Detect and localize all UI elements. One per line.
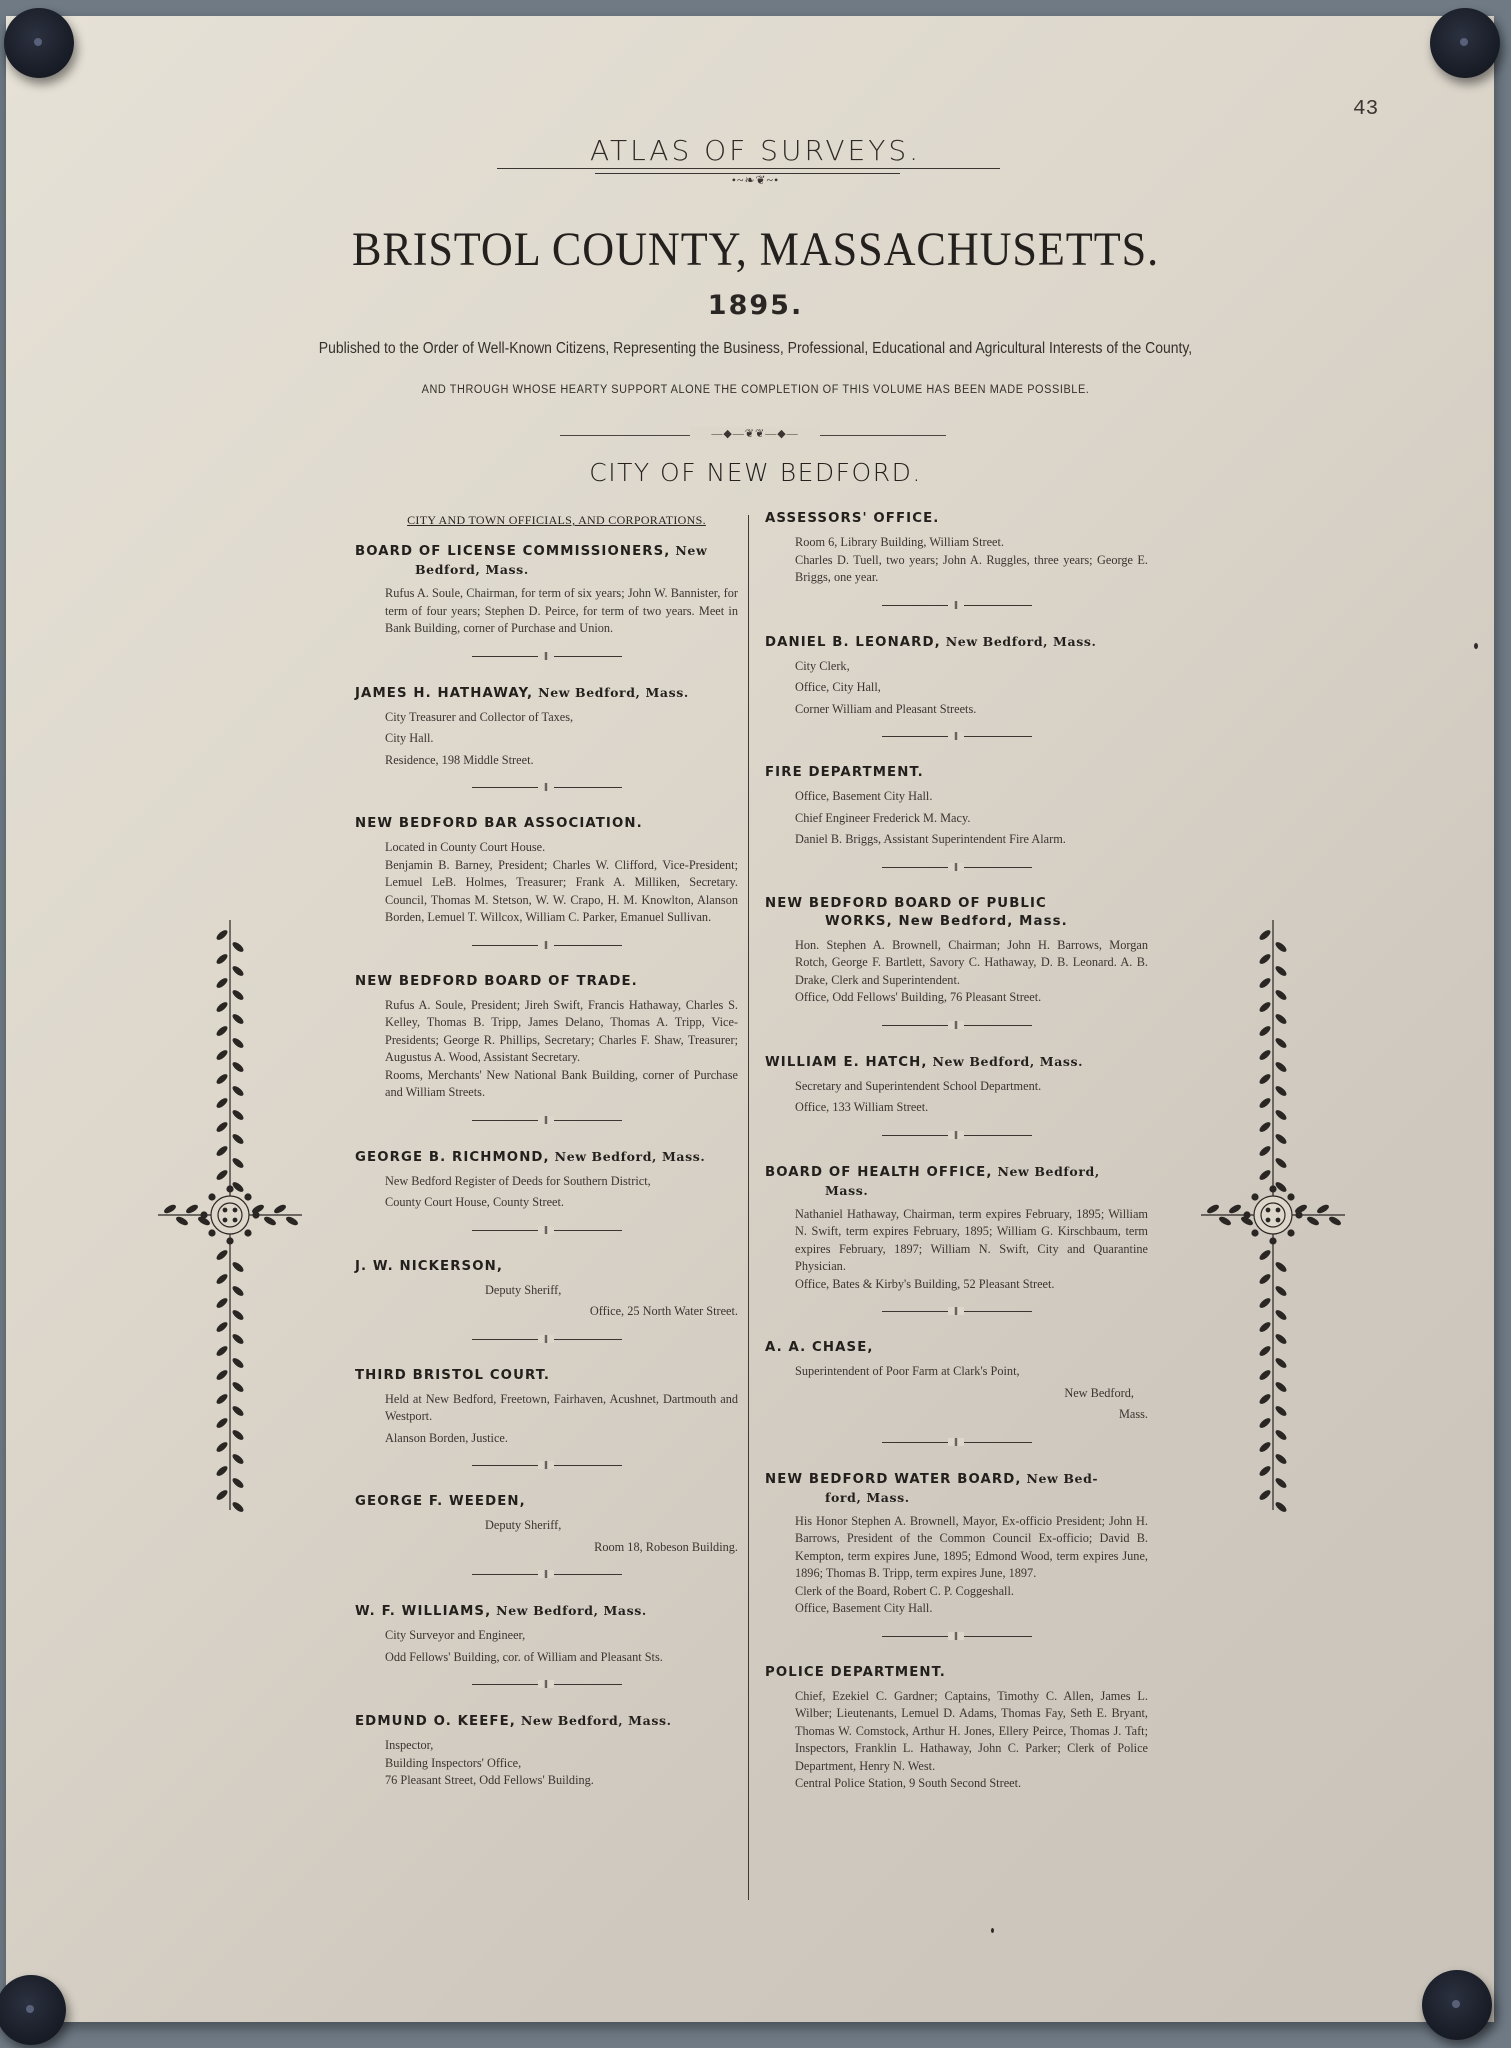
entry-board-of-health: BOARD OF HEALTH OFFICE, New Bedford,Mass…	[765, 1163, 1148, 1294]
entry-body: Rufus A. Soule, Chairman, for term of si…	[355, 585, 738, 638]
entry-title: EDMUND O. KEEFE, New Bedford, Mass.	[355, 1712, 738, 1731]
pushpin-bottom-left	[0, 1975, 66, 2045]
divider-ornament-icon: ||||	[882, 1438, 1032, 1446]
entry-title: ASSESSORS' OFFICE.	[765, 510, 1148, 528]
entry-body: Located in County Court House. Benjamin …	[355, 839, 738, 927]
entry-title: NEW BEDFORD BOARD OF TRADE.	[355, 973, 738, 991]
floral-vine-ornament-icon-left	[150, 915, 310, 1515]
entry-body: City Treasurer and Collector of Taxes, C…	[355, 709, 738, 770]
entry-william-hatch: WILLIAM E. HATCH, New Bedford, Mass. Sec…	[765, 1053, 1148, 1117]
county-title: BRISTOL COUNTY, MASSACHUSETTS.	[60, 222, 1450, 277]
entry-body: Room 6, Library Building, William Street…	[765, 534, 1148, 587]
entry-body: Chief, Ezekiel C. Gardner; Captains, Tim…	[765, 1688, 1148, 1793]
entry-body: Office, Basement City Hall. Chief Engine…	[765, 788, 1148, 849]
column-divider	[748, 515, 749, 1900]
divider-ornament-icon: ||||	[882, 1307, 1032, 1315]
entry-body: City Surveyor and Engineer, Odd Fellows'…	[355, 1627, 738, 1666]
section-header: CITY AND TOWN OFFICIALS, AND CORPORATION…	[375, 513, 738, 528]
entry-third-bristol-court: THIRD BRISTOL COURT. Held at New Bedford…	[355, 1367, 738, 1448]
entry-title: THIRD BRISTOL COURT.	[355, 1367, 738, 1385]
entry-body: City Clerk, Office, City Hall, Corner Wi…	[765, 658, 1148, 719]
series-title: ATLAS OF SURVEYS.	[0, 134, 1511, 167]
entry-assessors-office: ASSESSORS' OFFICE. Room 6, Library Build…	[765, 510, 1148, 587]
divider-ornament-icon: ||||	[882, 1632, 1032, 1640]
entry-edmund-keefe: EDMUND O. KEEFE, New Bedford, Mass. Insp…	[355, 1712, 738, 1790]
entry-board-of-trade: NEW BEDFORD BOARD OF TRADE. Rufus A. Sou…	[355, 973, 738, 1102]
entry-daniel-leonard: DANIEL B. LEONARD, New Bedford, Mass. Ci…	[765, 633, 1148, 719]
divider-ornament-icon: ||||	[472, 783, 622, 791]
support-line: AND THROUGH WHOSE HEARTY SUPPORT ALONE T…	[38, 384, 1473, 396]
entry-bar-association: NEW BEDFORD BAR ASSOCIATION. Located in …	[355, 815, 738, 927]
entry-george-weeden: GEORGE F. WEEDEN, Deputy Sheriff, Room 1…	[355, 1493, 738, 1556]
floral-vine-ornament-icon-right	[1193, 915, 1353, 1515]
paper-speck	[1474, 643, 1478, 649]
entry-water-board: NEW BEDFORD WATER BOARD, New Bed-ford, M…	[765, 1470, 1148, 1618]
entry-title: JAMES H. HATHAWAY, New Bedford, Mass.	[355, 684, 738, 703]
section-ornament-icon: —◆—❦❦—◆—	[690, 427, 820, 440]
entry-title: WILLIAM E. HATCH, New Bedford, Mass.	[765, 1053, 1148, 1072]
entry-title: FIRE DEPARTMENT.	[765, 764, 1148, 782]
entry-george-richmond: GEORGE B. RICHMOND, New Bedford, Mass. N…	[355, 1148, 738, 1212]
entry-board-of-public-works: NEW BEDFORD BOARD OF PUBLICWORKS, New Be…	[765, 895, 1148, 1007]
publication-year: 1895.	[0, 290, 1511, 321]
divider-ornament-icon: ||||	[882, 601, 1032, 609]
entry-body: Hon. Stephen A. Brownell, Chairman; John…	[765, 937, 1148, 1007]
divider-ornament-icon: ||||	[472, 1116, 622, 1124]
entry-title: NEW BEDFORD BAR ASSOCIATION.	[355, 815, 738, 833]
entry-jw-nickerson: J. W. NICKERSON, Deputy Sheriff, Office,…	[355, 1258, 738, 1321]
divider-ornament-icon: ||||	[472, 1226, 622, 1234]
title-underline	[497, 168, 1000, 169]
entry-body: Superintendent of Poor Farm at Clark's P…	[765, 1363, 1148, 1424]
pushpin-top-left	[4, 8, 74, 78]
divider-ornament-icon: ||||	[472, 941, 622, 949]
city-title: CITY OF NEW BEDFORD.	[0, 458, 1511, 487]
entry-body: Deputy Sheriff, Office, 25 North Water S…	[355, 1282, 738, 1321]
entry-body: Nathaniel Hathaway, Chairman, term expir…	[765, 1206, 1148, 1294]
entry-body: Secretary and Superintendent School Depa…	[765, 1078, 1148, 1117]
title-ornament-icon: •~❧❦~•	[0, 173, 1511, 188]
entry-body: Rufus A. Soule, President; Jireh Swift, …	[355, 997, 738, 1102]
entry-james-hathaway: JAMES H. HATHAWAY, New Bedford, Mass. Ci…	[355, 684, 738, 770]
pushpin-top-right	[1430, 8, 1500, 78]
divider-ornament-icon: ||||	[472, 1680, 622, 1688]
entry-license-commissioners: BOARD OF LICENSE COMMISSIONERS, NewBedfo…	[355, 542, 738, 638]
entry-title: NEW BEDFORD WATER BOARD, New Bed-ford, M…	[765, 1470, 1148, 1507]
entry-body: Inspector, Building Inspectors' Office, …	[355, 1737, 738, 1790]
entry-fire-department: FIRE DEPARTMENT. Office, Basement City H…	[765, 764, 1148, 849]
entry-title: BOARD OF LICENSE COMMISSIONERS, NewBedfo…	[355, 542, 738, 579]
entry-body: New Bedford Register of Deeds for Southe…	[355, 1173, 738, 1212]
page-number: 43	[1353, 98, 1378, 121]
divider-ornament-icon: ||||	[472, 1335, 622, 1343]
divider-ornament-icon: ||||	[882, 1131, 1032, 1139]
right-column: ASSESSORS' OFFICE. Room 6, Library Build…	[765, 510, 1148, 1793]
entry-title: J. W. NICKERSON,	[355, 1258, 738, 1276]
entry-title: GEORGE B. RICHMOND, New Bedford, Mass.	[355, 1148, 738, 1167]
left-column: CITY AND TOWN OFFICIALS, AND CORPORATION…	[355, 510, 738, 1790]
published-line: Published to the Order of Well-Known Cit…	[76, 340, 1436, 358]
divider-ornament-icon: ||||	[472, 652, 622, 660]
entry-title: NEW BEDFORD BOARD OF PUBLICWORKS, New Be…	[765, 895, 1148, 931]
entry-police-department: POLICE DEPARTMENT. Chief, Ezekiel C. Gar…	[765, 1664, 1148, 1793]
entry-title: POLICE DEPARTMENT.	[765, 1664, 1148, 1682]
entry-body: His Honor Stephen A. Brownell, Mayor, Ex…	[765, 1513, 1148, 1618]
divider-ornament-icon: ||||	[882, 732, 1032, 740]
divider-ornament-icon: ||||	[472, 1461, 622, 1469]
entry-title: A. A. CHASE,	[765, 1339, 1148, 1357]
entry-title: GEORGE F. WEEDEN,	[355, 1493, 738, 1511]
paper-speck	[991, 1928, 994, 1933]
entry-wf-williams: W. F. WILLIAMS, New Bedford, Mass. City …	[355, 1602, 738, 1666]
entry-title: W. F. WILLIAMS, New Bedford, Mass.	[355, 1602, 738, 1621]
divider-ornament-icon: ||||	[472, 1570, 622, 1578]
entry-title: DANIEL B. LEONARD, New Bedford, Mass.	[765, 633, 1148, 652]
entry-title: BOARD OF HEALTH OFFICE, New Bedford,Mass…	[765, 1163, 1148, 1200]
entry-aa-chase: A. A. CHASE, Superintendent of Poor Farm…	[765, 1339, 1148, 1424]
divider-ornament-icon: ||||	[882, 863, 1032, 871]
divider-ornament-icon: ||||	[882, 1021, 1032, 1029]
entry-body: Deputy Sheriff, Room 18, Robeson Buildin…	[355, 1517, 738, 1556]
entry-body: Held at New Bedford, Freetown, Fairhaven…	[355, 1391, 738, 1448]
pushpin-bottom-right	[1422, 1970, 1492, 2040]
